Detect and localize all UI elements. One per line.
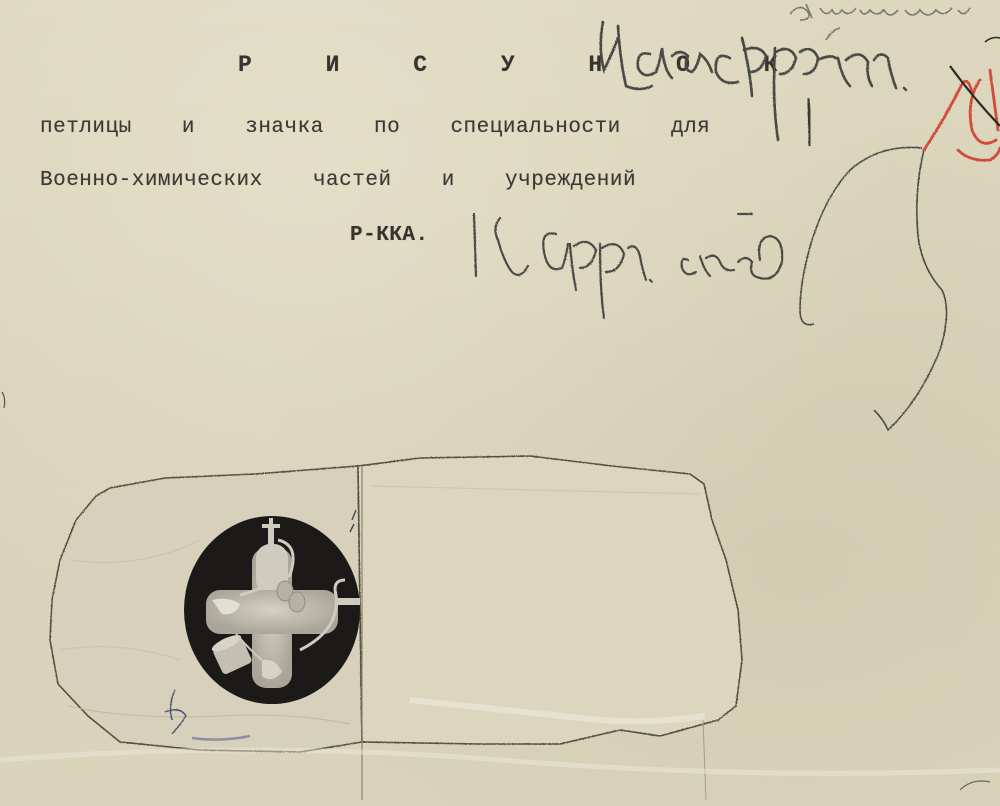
document-line-1: петлицы и значка по специальности для — [40, 116, 710, 139]
document-line-3: Р-ККА. — [350, 224, 429, 247]
document-title: Р И С У Н О К — [238, 52, 807, 78]
signature-top-right — [790, 4, 970, 40]
pencil-curve-right — [800, 147, 947, 430]
document-line-2: Военно-химических частей и учреждений — [40, 169, 636, 192]
handwriting-after-rkka — [474, 214, 782, 318]
black-strike — [950, 66, 1000, 126]
right-patch — [358, 456, 742, 744]
left-patch — [50, 466, 362, 752]
pencil-vertical-stroke — [808, 98, 810, 146]
chemical-troops-emblem — [184, 516, 360, 704]
red-pencil-mark — [924, 70, 1000, 160]
